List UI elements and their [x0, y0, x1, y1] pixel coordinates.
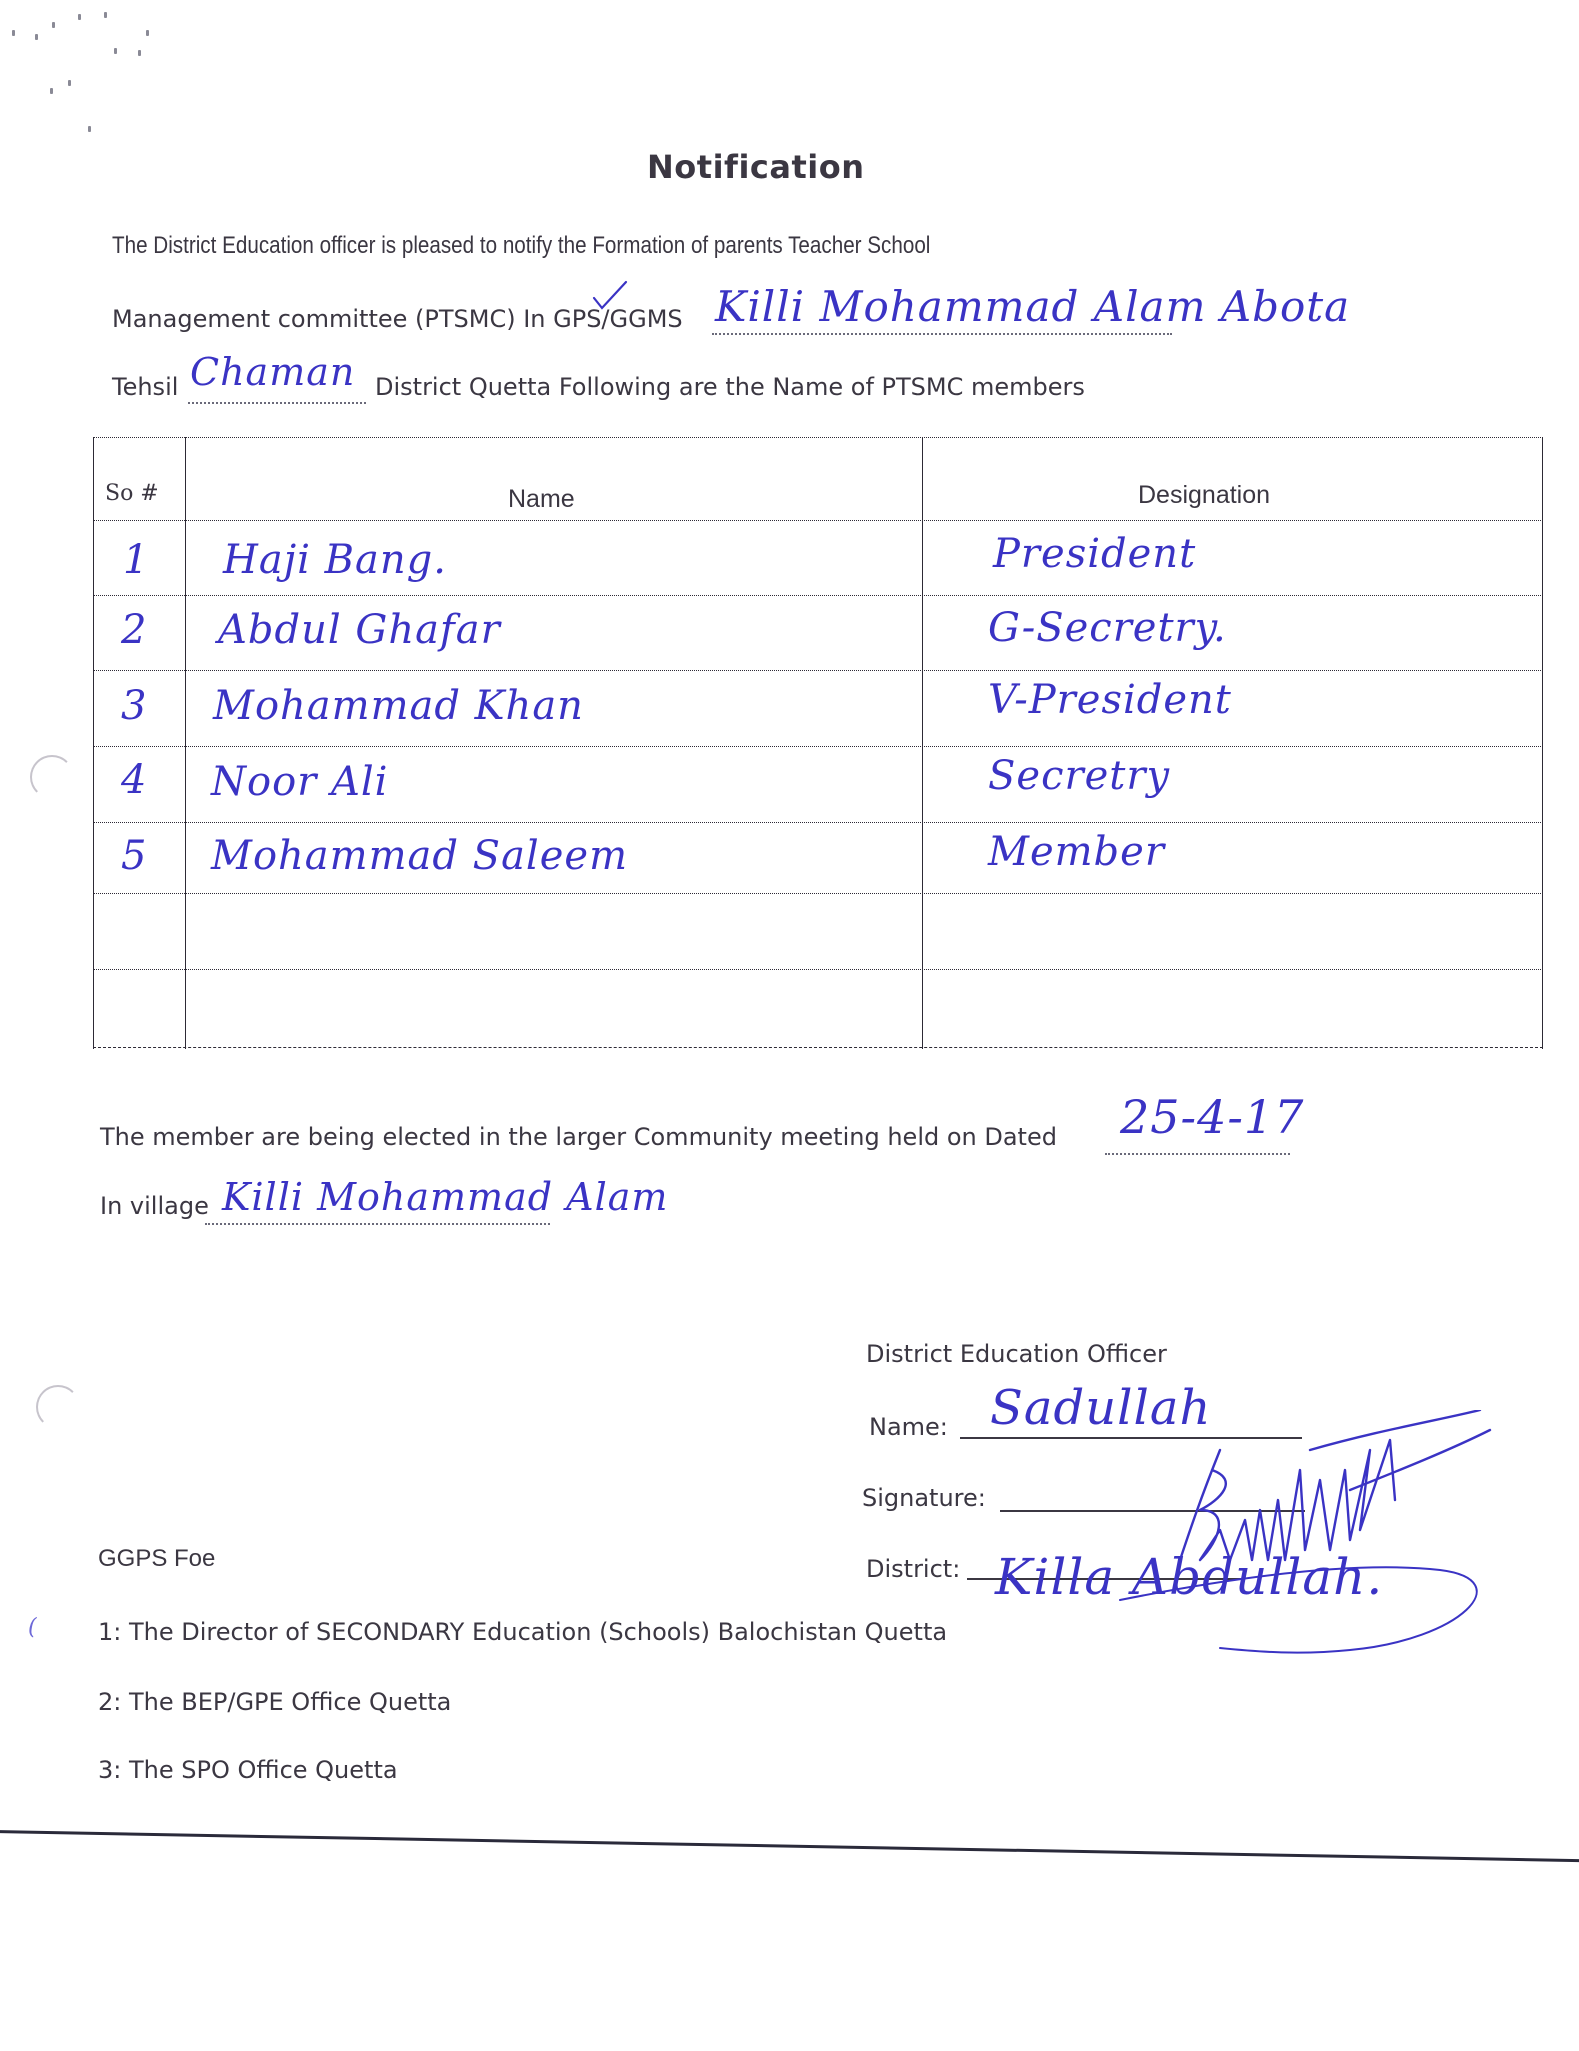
row-designation: President — [993, 531, 1196, 577]
row-name: Mohammad Saleem — [211, 833, 628, 879]
speck — [146, 30, 149, 36]
table-border-left — [93, 437, 94, 1049]
school-name-blank — [712, 333, 1172, 335]
row-divider — [93, 822, 1543, 823]
row-divider — [93, 746, 1543, 747]
row-name: Abdul Ghafar — [218, 607, 501, 653]
copy-to-item: 3: The SPO Office Quetta — [98, 1756, 398, 1784]
tehsil-blank — [188, 402, 366, 404]
header-serial: So # — [105, 481, 159, 506]
row-designation: G-Secretry. — [988, 605, 1227, 651]
tehsil-label: Tehsil — [112, 373, 178, 401]
row-serial: 5 — [121, 833, 147, 879]
copy-to-item: 1: The Director of SECONDARY Education (… — [98, 1618, 947, 1646]
meeting-text: The member are being elected in the larg… — [100, 1123, 1057, 1151]
speck — [12, 30, 15, 36]
speck — [104, 12, 107, 18]
copy-to-item: 2: The BEP/GPE Office Quetta — [98, 1688, 451, 1716]
page-title: Notification — [647, 148, 865, 186]
meeting-date-handwritten: 25-4-17 — [1120, 1090, 1304, 1144]
row-designation: V-President — [988, 677, 1232, 723]
table-border-right — [1542, 437, 1543, 1049]
copy-to-heading: GGPS Foe — [98, 1545, 215, 1573]
speck — [78, 14, 81, 20]
column-divider — [185, 437, 186, 1049]
header-divider — [93, 520, 1543, 521]
row-name: Noor Ali — [211, 759, 388, 805]
officer-heading: District Education Officer — [866, 1340, 1167, 1368]
row-serial: 1 — [123, 537, 149, 583]
district-flourish — [1100, 1540, 1500, 1670]
header-name: Name — [508, 485, 575, 514]
tehsil-handwritten: Chaman — [190, 350, 355, 394]
speck — [88, 126, 91, 132]
bottom-rule — [0, 1830, 1579, 1862]
row-divider — [93, 969, 1543, 970]
speck — [114, 48, 117, 54]
intro-line-3-suffix: District Quetta Following are the Name o… — [375, 373, 1085, 401]
table-border-top — [93, 437, 1543, 438]
village-blank — [205, 1223, 550, 1225]
school-name-handwritten: Killi Mohammad Alam Abota — [715, 282, 1350, 331]
speck — [50, 88, 53, 94]
row-divider — [93, 595, 1543, 596]
meeting-date-blank — [1105, 1153, 1290, 1155]
ink-mark: ( — [28, 1615, 38, 1640]
row-divider — [93, 893, 1543, 894]
speck — [35, 34, 38, 40]
row-designation: Secretry — [988, 753, 1170, 799]
hole-punch-mark — [30, 755, 74, 799]
village-handwritten: Killi Mohammad Alam — [222, 1175, 668, 1219]
members-table: So # Name Designation 1 Haji Bang. Presi… — [93, 437, 1543, 1049]
table-border-bottom — [93, 1047, 1543, 1048]
speck — [138, 50, 141, 56]
intro-line-3: Tehsil — [112, 373, 178, 402]
name-label: Name: — [869, 1413, 948, 1441]
header-designation: Designation — [1138, 481, 1270, 510]
hole-punch-mark — [36, 1385, 80, 1429]
column-divider — [922, 437, 923, 1049]
speck — [68, 80, 71, 86]
checkmark-icon — [590, 278, 630, 312]
village-label: In village — [100, 1192, 209, 1220]
row-divider — [93, 670, 1543, 671]
row-name: Mohammad Khan — [213, 683, 584, 729]
row-serial: 2 — [121, 607, 147, 653]
row-name: Haji Bang. — [223, 537, 447, 583]
row-serial: 4 — [121, 757, 147, 803]
speck — [52, 22, 55, 28]
signature-label: Signature: — [862, 1484, 986, 1512]
row-designation: Member — [988, 829, 1165, 875]
row-serial: 3 — [121, 683, 147, 729]
district-label: District: — [866, 1555, 960, 1583]
intro-line-1: The District Education officer is please… — [112, 232, 930, 260]
